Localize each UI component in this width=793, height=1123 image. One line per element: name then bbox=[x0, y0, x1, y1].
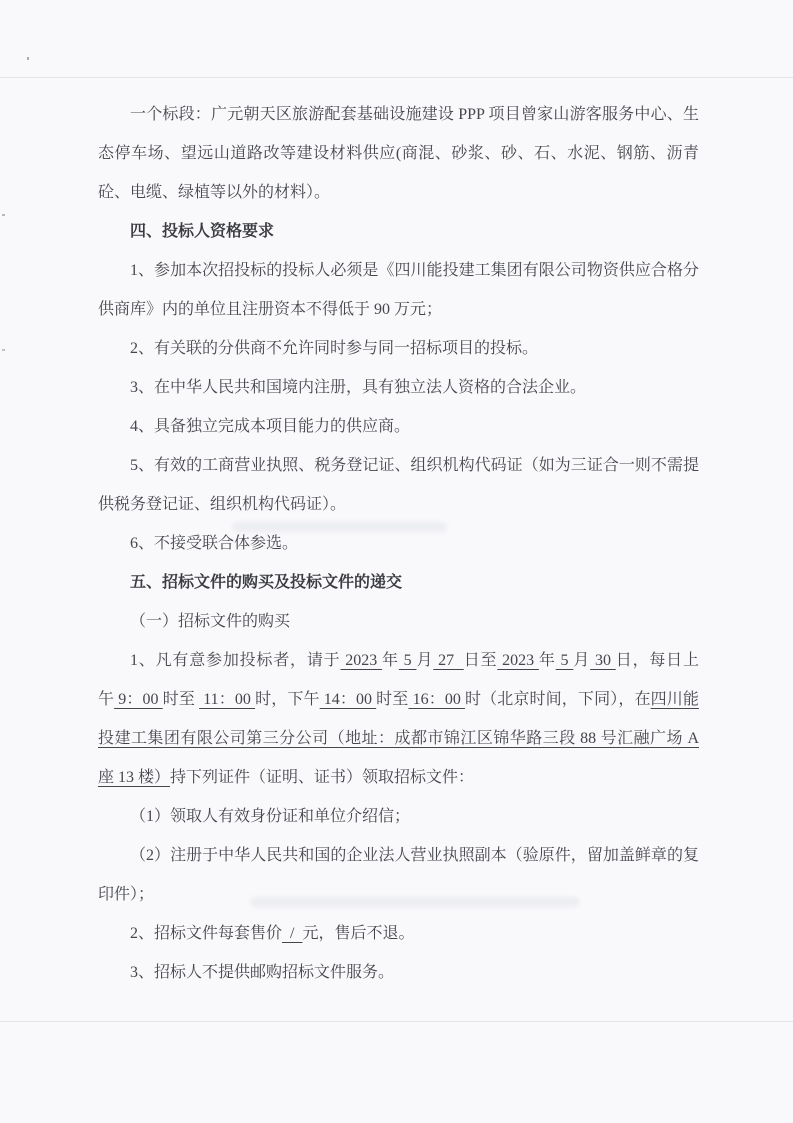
item-qualification-1: 1、参加本次招投标的投标人必须是《四川能投建工集团有限公司物资供应合格分供商库》… bbox=[98, 251, 699, 329]
scanned-document-page: 一个标段：广元朝天区旅游配套基础设施建设 PPP 项目曾家山游客服务中心、生态停… bbox=[0, 0, 793, 1123]
text-run: 月 bbox=[573, 652, 590, 669]
item-purchase-1: 1、凡有意参加投标者，请于 2023 年 5 月 27 日至 2023 年 5 … bbox=[98, 641, 699, 797]
item-purchase-3: 3、招标人不提供邮购招标文件服务。 bbox=[98, 953, 699, 992]
text-run: 元，售后不退。 bbox=[302, 925, 414, 942]
item-qualification-4: 4、具备独立完成本项目能力的供应商。 bbox=[98, 407, 699, 446]
text-run: 时至 bbox=[376, 691, 408, 708]
text-run: 2、招标文件每套售价 bbox=[130, 925, 282, 942]
item-qualification-6: 6、不接受联合体参选。 bbox=[98, 524, 699, 563]
text-run: 年 bbox=[539, 652, 556, 669]
item-qualification-5: 5、有效的工商营业执照、税务登记证、组织机构代码证（如为三证合一则不需提供税务登… bbox=[98, 446, 699, 524]
text-run: 年 bbox=[382, 652, 399, 669]
blank-fill-underlined: 2023 bbox=[497, 652, 539, 669]
blank-fill-underlined: / bbox=[282, 925, 302, 942]
item-qualification-3: 3、在中华人民共和国境内注册，具有独立法人资格的合法企业。 bbox=[98, 368, 699, 407]
text-run: （一）招标文件的购买 bbox=[130, 613, 290, 630]
text-run: 3、在中华人民共和国境内注册，具有独立法人资格的合法企业。 bbox=[130, 379, 586, 396]
item-certificate-2: （2）注册于中华人民共和国的企业法人营业执照副本（验原件，留加盖鲜章的复印件）； bbox=[98, 836, 699, 914]
document-body: 一个标段：广元朝天区旅游配套基础设施建设 PPP 项目曾家山游客服务中心、生态停… bbox=[98, 95, 699, 992]
heading-section-four-bidder-qualification: 四、投标人资格要求 bbox=[98, 212, 699, 251]
text-run: 持下列证件（证明、证书）领取招标文件： bbox=[170, 769, 474, 786]
text-run: 四、投标人资格要求 bbox=[130, 223, 274, 240]
scan-artifact-speck bbox=[2, 349, 5, 351]
item-qualification-2: 2、有关联的分供商不允许同时参与同一招标项目的投标。 bbox=[98, 329, 699, 368]
scan-artifact-line bbox=[0, 77, 793, 78]
text-run: 一个标段：广元朝天区旅游配套基础设施建设 PPP 项目曾家山游客服务中心、生态停… bbox=[98, 106, 699, 201]
blank-fill-underlined: 14：00 bbox=[320, 691, 377, 708]
heading-section-five-document-purchase: 五、招标文件的购买及投标文件的递交 bbox=[98, 563, 699, 602]
scan-artifact-speck bbox=[2, 214, 5, 216]
text-run: 五、招标文件的购买及投标文件的递交 bbox=[130, 574, 402, 591]
blank-fill-underlined: 16：00 bbox=[408, 691, 465, 708]
text-run: （1）领取人有效身份证和单位介绍信； bbox=[130, 808, 410, 825]
blank-fill-underlined: 30 bbox=[590, 652, 616, 669]
blank-fill-underlined: 27 bbox=[433, 652, 463, 669]
item-purchase-2: 2、招标文件每套售价 / 元，售后不退。 bbox=[98, 914, 699, 953]
text-run: 时至 bbox=[163, 691, 199, 708]
text-run: 1、参加本次招投标的投标人必须是《四川能投建工集团有限公司物资供应合格分供商库》… bbox=[98, 262, 699, 318]
text-run: 5、有效的工商营业执照、税务登记证、组织机构代码证（如为三证合一则不需提供税务登… bbox=[98, 457, 699, 513]
blank-fill-underlined: 11：00 bbox=[199, 691, 255, 708]
blank-fill-underlined: 5 bbox=[399, 652, 417, 669]
text-run: （2）注册于中华人民共和国的企业法人营业执照副本（验原件，留加盖鲜章的复印件）； bbox=[98, 847, 699, 903]
blank-fill-underlined: 2023 bbox=[340, 652, 382, 669]
text-run: 时，下午 bbox=[255, 691, 320, 708]
text-run: 2、有关联的分供商不允许同时参与同一招标项目的投标。 bbox=[130, 340, 538, 357]
text-run: 日至 bbox=[464, 652, 498, 669]
para-lot-scope: 一个标段：广元朝天区旅游配套基础设施建设 PPP 项目曾家山游客服务中心、生态停… bbox=[98, 95, 699, 212]
text-run: 6、不接受联合体参选。 bbox=[130, 535, 298, 552]
text-run: 时（北京时间，下同），在 bbox=[465, 691, 651, 708]
text-run: 1、凡有意参加投标者，请于 bbox=[130, 652, 340, 669]
text-run: 月 bbox=[416, 652, 433, 669]
scan-artifact-speck bbox=[27, 57, 29, 60]
blank-fill-underlined: 9：00 bbox=[114, 691, 163, 708]
blank-fill-underlined: 5 bbox=[556, 652, 574, 669]
text-run: 3、招标人不提供邮购招标文件服务。 bbox=[130, 964, 394, 981]
item-certificate-1: （1）领取人有效身份证和单位介绍信； bbox=[98, 797, 699, 836]
subheading-purchase: （一）招标文件的购买 bbox=[98, 602, 699, 641]
scan-artifact-line bbox=[0, 1021, 793, 1022]
text-run: 4、具备独立完成本项目能力的供应商。 bbox=[130, 418, 410, 435]
